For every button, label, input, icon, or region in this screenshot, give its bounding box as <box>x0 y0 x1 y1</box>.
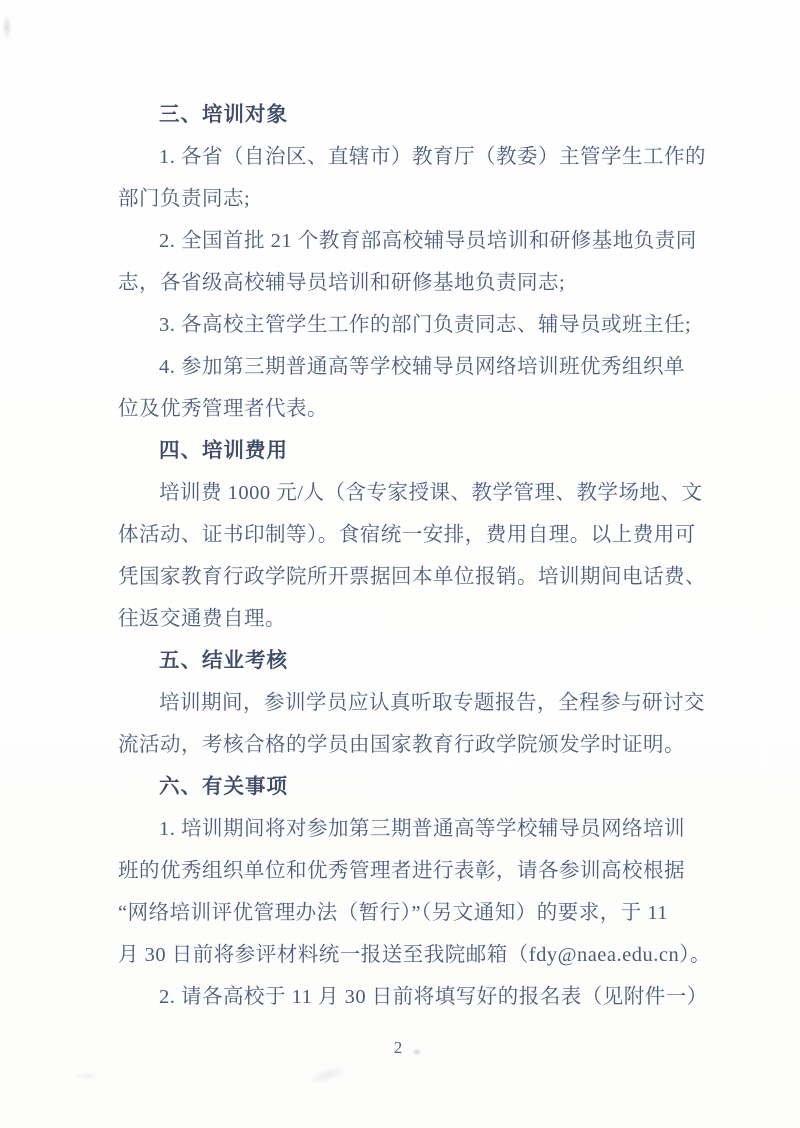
doc-line: 3. 各高校主管学生工作的部门负责同志、辅导员或班主任; <box>118 304 708 346</box>
doc-line: 往返交通费自理。 <box>118 598 708 640</box>
doc-line: 志，各省级高校辅导员培训和研修基地负责同志; <box>118 262 708 304</box>
document-body: 三、培训对象 1. 各省（自治区、直辖市）教育厅（教委）主管学生工作的 部门负责… <box>118 94 708 1018</box>
doc-line: 1. 培训期间将对参加第三期普通高等学校辅导员网络培训 <box>118 808 708 850</box>
doc-line: 班的优秀组织单位和优秀管理者进行表彰，请各参训高校根据 <box>118 850 708 892</box>
doc-line: 2. 请各高校于 11 月 30 日前将填写好的报名表（见附件一） <box>118 976 708 1018</box>
doc-line: 1. 各省（自治区、直辖市）教育厅（教委）主管学生工作的 <box>118 136 708 178</box>
scan-artifact <box>74 1072 100 1080</box>
doc-line: 月 30 日前将参评材料统一报送至我院邮箱（fdy@naea.edu.cn）。 <box>118 934 708 976</box>
doc-line: “网络培训评优管理办法（暂行）”（另文通知）的要求，于 11 <box>118 892 708 934</box>
section-heading-completion-assessment: 五、结业考核 <box>118 640 708 682</box>
section-heading-training-targets: 三、培训对象 <box>118 94 708 136</box>
doc-line: 凭国家教育行政学院所开票据回本单位报销。培训期间电话费、 <box>118 556 708 598</box>
doc-line: 流活动，考核合格的学员由国家教育行政学院颁发学时证明。 <box>118 724 708 766</box>
doc-line: 培训期间，参训学员应认真听取专题报告，全程参与研讨交 <box>118 682 708 724</box>
doc-line: 位及优秀管理者代表。 <box>118 388 708 430</box>
page-number: 2 <box>0 1038 796 1058</box>
document-page: 三、培训对象 1. 各省（自治区、直辖市）教育厅（教委）主管学生工作的 部门负责… <box>0 0 800 1128</box>
scan-artifact <box>2 14 12 40</box>
doc-line: 部门负责同志; <box>118 178 708 220</box>
doc-line: 4. 参加第三期普通高等学校辅导员网络培训班优秀组织单 <box>118 346 708 388</box>
section-heading-related-matters: 六、有关事项 <box>118 766 708 808</box>
doc-line: 培训费 1000 元/人（含专家授课、教学管理、教学场地、文 <box>118 472 708 514</box>
doc-line: 体活动、证书印制等）。食宿统一安排，费用自理。以上费用可 <box>118 514 708 556</box>
section-heading-training-fees: 四、培训费用 <box>118 430 708 472</box>
scan-artifact <box>307 1062 349 1088</box>
doc-line: 2. 全国首批 21 个教育部高校辅导员培训和研修基地负责同 <box>118 220 708 262</box>
